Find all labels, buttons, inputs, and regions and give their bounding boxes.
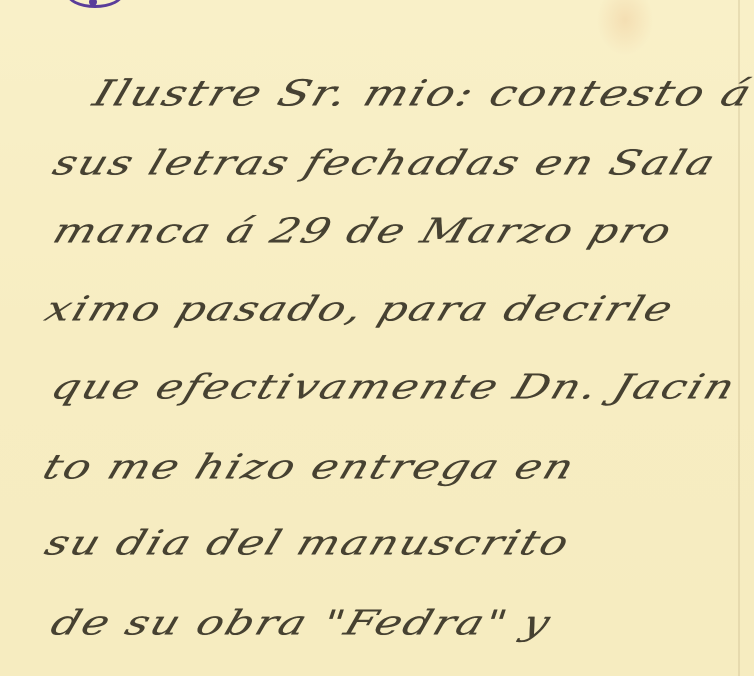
letter-line-6: to me hizo entrega en: [38, 447, 581, 487]
letter-line-2: sus letras fechadas en Sala: [48, 143, 722, 183]
letter-line-4: ximo pasado, para decirle: [40, 289, 680, 329]
letter-page: Ilustre Sr. mio: contesto á sus letras f…: [0, 0, 754, 676]
letter-line-3: manca á 29 de Marzo pro: [48, 211, 678, 251]
letter-line-7: su dia del manuscrito: [40, 523, 576, 563]
letter-line-8: de su obra "Fedra" y: [46, 603, 557, 643]
letter-line-1: Ilustre Sr. mio: contesto á: [88, 72, 754, 114]
letter-line-5: que efectivamente Dn. Jacin: [46, 367, 742, 407]
